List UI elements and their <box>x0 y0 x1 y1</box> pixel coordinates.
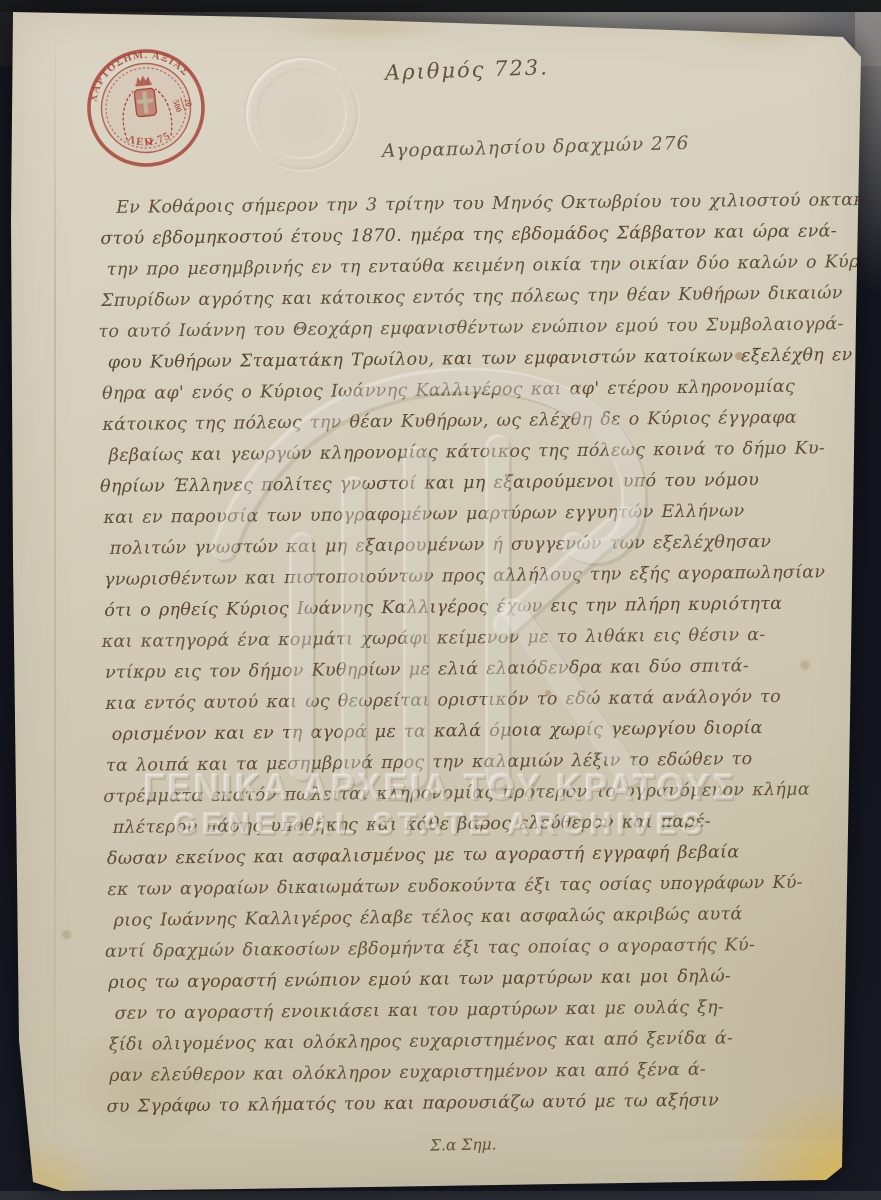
paper-wrapper: ΧΑΡΤΟΣΗΜ. ΑΞΙΑΣ ΛΕΠ.75 20 500 <box>0 0 881 1200</box>
stain-bottom-right-corner <box>807 1154 877 1200</box>
embossed-seal <box>246 58 358 170</box>
header-subject-line: Αγοραπωλησίου δραχμών 276 <box>382 133 690 162</box>
paper-crease <box>54 14 56 1188</box>
header-document-number: Αριθμός 723. <box>385 55 550 85</box>
stain-top-right <box>695 16 825 48</box>
manuscript-closing-note: Σ.α Σημ. <box>430 1135 497 1154</box>
embossed-seal-inner-ring <box>257 69 347 159</box>
manuscript-body: Εν Κοθάροις σήμερον την 3 τρίτην του Μην… <box>100 185 860 1123</box>
stain-bottom-left <box>14 1140 104 1200</box>
stain-top-center <box>270 14 450 42</box>
revenue-stamp: ΧΑΡΤΟΣΗΜ. ΑΞΙΑΣ ΛΕΠ.75 20 500 <box>78 40 214 176</box>
paper: ΧΑΡΤΟΣΗΜ. ΑΞΙΑΣ ΛΕΠ.75 20 500 <box>0 0 881 1200</box>
foxing-spot <box>62 930 71 939</box>
photo-background: ΧΑΡΤΟΣΗΜ. ΑΞΙΑΣ ΛΕΠ.75 20 500 <box>0 0 881 1200</box>
